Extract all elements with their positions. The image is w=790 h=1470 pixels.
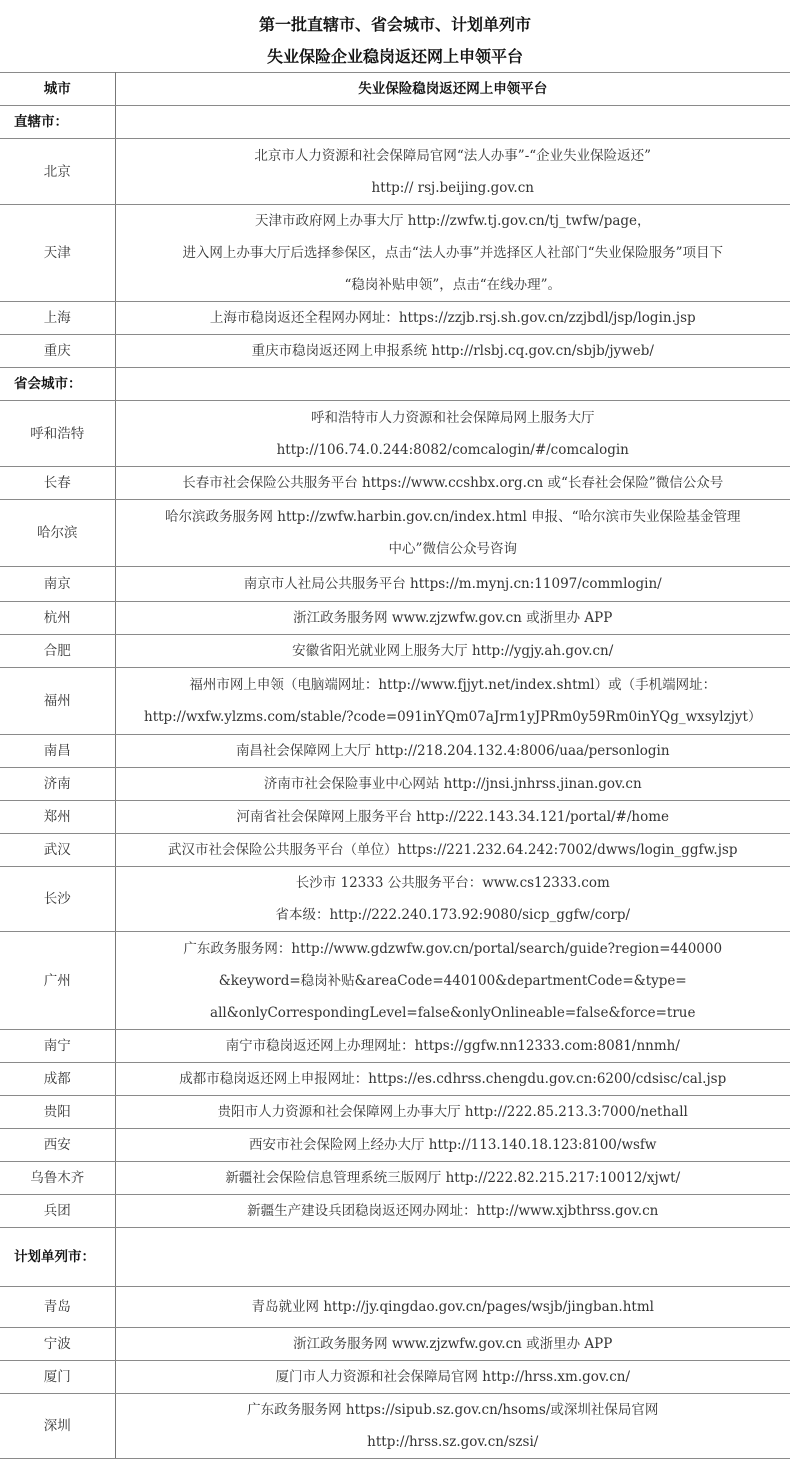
platform-line: 福州市网上申领（电脑端网址：http://www.fjjyt.net/index… bbox=[120, 669, 787, 701]
city-cell: 兵团 bbox=[0, 1195, 115, 1228]
section-label: 省会城市： bbox=[0, 368, 115, 401]
platform-line: 厦门市人力资源和社会保障局官网 http://hrss.xm.gov.cn/ bbox=[120, 1361, 787, 1393]
platform-line: 南宁市稳岗返还网上办理网址：https://ggfw.nn12333.com:8… bbox=[120, 1030, 787, 1062]
platform-cell bbox=[115, 368, 790, 401]
header-city: 城市 bbox=[0, 73, 115, 106]
platform-cell: 呼和浩特市人力资源和社会保障局网上服务大厅http://106.74.0.244… bbox=[115, 401, 790, 467]
table-row: 重庆重庆市稳岗返还网上申报系统 http://rlsbj.cq.gov.cn/s… bbox=[0, 335, 790, 368]
platform-line: 青岛就业网 http://jy.qingdao.gov.cn/pages/wsj… bbox=[120, 1291, 787, 1323]
platform-table: 城市 失业保险稳岗返还网上申领平台 直辖市：北京北京市人力资源和社会保障局官网“… bbox=[0, 72, 790, 1459]
table-row: 乌鲁木齐新疆社会保险信息管理系统三版网厅 http://222.82.215.2… bbox=[0, 1162, 790, 1195]
platform-cell: 南京市人社局公共服务平台 https://m.mynj.cn:11097/com… bbox=[115, 567, 790, 602]
section-row: 省会城市： bbox=[0, 368, 790, 401]
platform-cell: 浙江政务服务网 www.zjzwfw.gov.cn 或浙里办 APP bbox=[115, 602, 790, 635]
platform-line: 新疆社会保险信息管理系统三版网厅 http://222.82.215.217:1… bbox=[120, 1162, 787, 1194]
platform-cell: 上海市稳岗返还全程网办网址：https://zzjb.rsj.sh.gov.cn… bbox=[115, 302, 790, 335]
city-cell: 青岛 bbox=[0, 1287, 115, 1328]
platform-line: 浙江政务服务网 www.zjzwfw.gov.cn 或浙里办 APP bbox=[120, 602, 787, 634]
platform-line: 成都市稳岗返还网上申报网址：https://es.cdhrss.chengdu.… bbox=[120, 1063, 787, 1095]
table-row: 上海上海市稳岗返还全程网办网址：https://zzjb.rsj.sh.gov.… bbox=[0, 302, 790, 335]
platform-cell: 广东政务服务网：http://www.gdzwfw.gov.cn/portal/… bbox=[115, 932, 790, 1030]
platform-line: 哈尔滨政务服务网 http://zwfw.harbin.gov.cn/index… bbox=[120, 501, 787, 533]
document-title-line2: 失业保险企业稳岗返还网上申领平台 bbox=[0, 44, 790, 67]
city-cell: 长沙 bbox=[0, 867, 115, 932]
table-row: 合肥安徽省阳光就业网上服务大厅 http://ygjy.ah.gov.cn/ bbox=[0, 635, 790, 668]
platform-cell: 哈尔滨政务服务网 http://zwfw.harbin.gov.cn/index… bbox=[115, 500, 790, 567]
table-row: 郑州河南省社会保障网上服务平台 http://222.143.34.121/po… bbox=[0, 801, 790, 834]
table-row: 武汉武汉市社会保险公共服务平台（单位）https://221.232.64.24… bbox=[0, 834, 790, 867]
platform-line: 进入网上办事大厅后选择参保区，点击“法人办事”并选择区人社部门“失业保险服务”项… bbox=[120, 237, 787, 269]
document-title-line1: 第一批直辖市、省会城市、计划单列市 bbox=[0, 12, 790, 35]
platform-cell: 安徽省阳光就业网上服务大厅 http://ygjy.ah.gov.cn/ bbox=[115, 635, 790, 668]
city-cell: 乌鲁木齐 bbox=[0, 1162, 115, 1195]
platform-cell bbox=[115, 1228, 790, 1287]
city-cell: 南京 bbox=[0, 567, 115, 602]
platform-line: http://hrss.sz.gov.cn/szsi/ bbox=[120, 1426, 787, 1458]
platform-cell: 广东政务服务网 https://sipub.sz.gov.cn/hsoms/或深… bbox=[115, 1394, 790, 1459]
platform-line: 贵阳市人力资源和社会保障网上办事大厅 http://222.85.213.3:7… bbox=[120, 1096, 787, 1128]
platform-line: 长沙市 12333 公共服务平台：www.cs12333.com bbox=[120, 867, 787, 899]
platform-cell: 重庆市稳岗返还网上申报系统 http://rlsbj.cq.gov.cn/sbj… bbox=[115, 335, 790, 368]
table-row: 深圳广东政务服务网 https://sipub.sz.gov.cn/hsoms/… bbox=[0, 1394, 790, 1459]
city-cell: 南昌 bbox=[0, 735, 115, 768]
platform-cell: 新疆生产建设兵团稳岗返还网办网址：http://www.xjbthrss.gov… bbox=[115, 1195, 790, 1228]
city-cell: 合肥 bbox=[0, 635, 115, 668]
platform-cell: 长沙市 12333 公共服务平台：www.cs12333.com省本级：http… bbox=[115, 867, 790, 932]
table-row: 南宁南宁市稳岗返还网上办理网址：https://ggfw.nn12333.com… bbox=[0, 1030, 790, 1063]
platform-line: 省本级：http://222.240.173.92:9080/sicp_ggfw… bbox=[120, 899, 787, 931]
city-cell: 杭州 bbox=[0, 602, 115, 635]
platform-line: 济南市社会保险事业中心网站 http://jnsi.jnhrss.jinan.g… bbox=[120, 768, 787, 800]
city-cell: 哈尔滨 bbox=[0, 500, 115, 567]
section-label: 计划单列市： bbox=[0, 1228, 115, 1287]
platform-line: 新疆生产建设兵团稳岗返还网办网址：http://www.xjbthrss.gov… bbox=[120, 1195, 787, 1227]
platform-line: 广东政务服务网 https://sipub.sz.gov.cn/hsoms/或深… bbox=[120, 1394, 787, 1426]
table-row: 济南济南市社会保险事业中心网站 http://jnsi.jnhrss.jinan… bbox=[0, 768, 790, 801]
city-cell: 厦门 bbox=[0, 1361, 115, 1394]
table-row: 长春长春市社会保险公共服务平台 https://www.ccshbx.org.c… bbox=[0, 467, 790, 500]
table-row: 呼和浩特呼和浩特市人力资源和社会保障局网上服务大厅http://106.74.0… bbox=[0, 401, 790, 467]
table-row: 杭州浙江政务服务网 www.zjzwfw.gov.cn 或浙里办 APP bbox=[0, 602, 790, 635]
platform-cell: 福州市网上申领（电脑端网址：http://www.fjjyt.net/index… bbox=[115, 668, 790, 735]
city-cell: 长春 bbox=[0, 467, 115, 500]
platform-line: 北京市人力资源和社会保障局官网“法人办事”-“企业失业保险返还” bbox=[120, 140, 787, 172]
table-row: 贵阳贵阳市人力资源和社会保障网上办事大厅 http://222.85.213.3… bbox=[0, 1096, 790, 1129]
table-row: 北京北京市人力资源和社会保障局官网“法人办事”-“企业失业保险返还”http:/… bbox=[0, 139, 790, 205]
platform-line: 南京市人社局公共服务平台 https://m.mynj.cn:11097/com… bbox=[120, 568, 787, 600]
city-cell: 郑州 bbox=[0, 801, 115, 834]
platform-cell: 天津市政府网上办事大厅 http://zwfw.tj.gov.cn/tj_twf… bbox=[115, 205, 790, 302]
platform-cell bbox=[115, 106, 790, 139]
platform-line: 河南省社会保障网上服务平台 http://222.143.34.121/port… bbox=[120, 801, 787, 833]
city-cell: 武汉 bbox=[0, 834, 115, 867]
platform-line: http:// rsj.beijing.gov.cn bbox=[120, 172, 787, 204]
table-header-row: 城市 失业保险稳岗返还网上申领平台 bbox=[0, 73, 790, 106]
header-platform: 失业保险稳岗返还网上申领平台 bbox=[115, 73, 790, 106]
platform-line: “稳岗补贴申领”，点击“在线办理”。 bbox=[120, 269, 787, 301]
platform-cell: 济南市社会保险事业中心网站 http://jnsi.jnhrss.jinan.g… bbox=[115, 768, 790, 801]
city-cell: 上海 bbox=[0, 302, 115, 335]
table-row: 哈尔滨哈尔滨政务服务网 http://zwfw.harbin.gov.cn/in… bbox=[0, 500, 790, 567]
platform-cell: 青岛就业网 http://jy.qingdao.gov.cn/pages/wsj… bbox=[115, 1287, 790, 1328]
platform-cell: 西安市社会保险网上经办大厅 http://113.140.18.123:8100… bbox=[115, 1129, 790, 1162]
platform-line: 重庆市稳岗返还网上申报系统 http://rlsbj.cq.gov.cn/sbj… bbox=[120, 335, 787, 367]
table-row: 长沙长沙市 12333 公共服务平台：www.cs12333.com省本级：ht… bbox=[0, 867, 790, 932]
city-cell: 福州 bbox=[0, 668, 115, 735]
platform-line: 中心”微信公众号咨询 bbox=[120, 533, 787, 565]
platform-cell: 厦门市人力资源和社会保障局官网 http://hrss.xm.gov.cn/ bbox=[115, 1361, 790, 1394]
city-cell: 广州 bbox=[0, 932, 115, 1030]
table-row: 南京南京市人社局公共服务平台 https://m.mynj.cn:11097/c… bbox=[0, 567, 790, 602]
platform-line: 呼和浩特市人力资源和社会保障局网上服务大厅 bbox=[120, 402, 787, 434]
platform-line: 南昌社会保障网上大厅 http://218.204.132.4:8006/uaa… bbox=[120, 735, 787, 767]
city-cell: 呼和浩特 bbox=[0, 401, 115, 467]
table-row: 南昌南昌社会保障网上大厅 http://218.204.132.4:8006/u… bbox=[0, 735, 790, 768]
platform-cell: 长春市社会保险公共服务平台 https://www.ccshbx.org.cn … bbox=[115, 467, 790, 500]
city-cell: 宁波 bbox=[0, 1328, 115, 1361]
city-cell: 北京 bbox=[0, 139, 115, 205]
platform-cell: 南昌社会保障网上大厅 http://218.204.132.4:8006/uaa… bbox=[115, 735, 790, 768]
platform-cell: 成都市稳岗返还网上申报网址：https://es.cdhrss.chengdu.… bbox=[115, 1063, 790, 1096]
platform-line: http://wxfw.ylzms.com/stable/?code=091in… bbox=[120, 701, 787, 733]
platform-line: all&onlyCorrespondingLevel=false&onlyOnl… bbox=[120, 997, 787, 1029]
platform-line: 长春市社会保险公共服务平台 https://www.ccshbx.org.cn … bbox=[120, 467, 787, 499]
platform-cell: 武汉市社会保险公共服务平台（单位）https://221.232.64.242:… bbox=[115, 834, 790, 867]
city-cell: 贵阳 bbox=[0, 1096, 115, 1129]
platform-line: &keyword=稳岗补贴&areaCode=440100&department… bbox=[120, 965, 787, 997]
table-row: 青岛青岛就业网 http://jy.qingdao.gov.cn/pages/w… bbox=[0, 1287, 790, 1328]
table-row: 西安西安市社会保险网上经办大厅 http://113.140.18.123:81… bbox=[0, 1129, 790, 1162]
city-cell: 南宁 bbox=[0, 1030, 115, 1063]
platform-cell: 河南省社会保障网上服务平台 http://222.143.34.121/port… bbox=[115, 801, 790, 834]
platform-line: 武汉市社会保险公共服务平台（单位）https://221.232.64.242:… bbox=[120, 834, 787, 866]
table-row: 宁波浙江政务服务网 www.zjzwfw.gov.cn 或浙里办 APP bbox=[0, 1328, 790, 1361]
table-row: 兵团新疆生产建设兵团稳岗返还网办网址：http://www.xjbthrss.g… bbox=[0, 1195, 790, 1228]
city-cell: 重庆 bbox=[0, 335, 115, 368]
platform-cell: 北京市人力资源和社会保障局官网“法人办事”-“企业失业保险返还”http:// … bbox=[115, 139, 790, 205]
section-row: 直辖市： bbox=[0, 106, 790, 139]
platform-line: 安徽省阳光就业网上服务大厅 http://ygjy.ah.gov.cn/ bbox=[120, 635, 787, 667]
city-cell: 西安 bbox=[0, 1129, 115, 1162]
table-row: 广州广东政务服务网：http://www.gdzwfw.gov.cn/porta… bbox=[0, 932, 790, 1030]
table-row: 天津天津市政府网上办事大厅 http://zwfw.tj.gov.cn/tj_t… bbox=[0, 205, 790, 302]
table-row: 厦门厦门市人力资源和社会保障局官网 http://hrss.xm.gov.cn/ bbox=[0, 1361, 790, 1394]
section-row: 计划单列市： bbox=[0, 1228, 790, 1287]
section-label: 直辖市： bbox=[0, 106, 115, 139]
city-cell: 成都 bbox=[0, 1063, 115, 1096]
table-row: 福州福州市网上申领（电脑端网址：http://www.fjjyt.net/ind… bbox=[0, 668, 790, 735]
platform-line: 广东政务服务网：http://www.gdzwfw.gov.cn/portal/… bbox=[120, 933, 787, 965]
city-cell: 天津 bbox=[0, 205, 115, 302]
platform-line: http://106.74.0.244:8082/comcalogin/#/co… bbox=[120, 434, 787, 466]
platform-line: 天津市政府网上办事大厅 http://zwfw.tj.gov.cn/tj_twf… bbox=[120, 205, 787, 237]
platform-cell: 贵阳市人力资源和社会保障网上办事大厅 http://222.85.213.3:7… bbox=[115, 1096, 790, 1129]
platform-cell: 浙江政务服务网 www.zjzwfw.gov.cn 或浙里办 APP bbox=[115, 1328, 790, 1361]
platform-line: 西安市社会保险网上经办大厅 http://113.140.18.123:8100… bbox=[120, 1129, 787, 1161]
table-row: 成都成都市稳岗返还网上申报网址：https://es.cdhrss.chengd… bbox=[0, 1063, 790, 1096]
platform-table-body: 城市 失业保险稳岗返还网上申领平台 直辖市：北京北京市人力资源和社会保障局官网“… bbox=[0, 73, 790, 1459]
platform-cell: 南宁市稳岗返还网上办理网址：https://ggfw.nn12333.com:8… bbox=[115, 1030, 790, 1063]
platform-line: 浙江政务服务网 www.zjzwfw.gov.cn 或浙里办 APP bbox=[120, 1328, 787, 1360]
city-cell: 深圳 bbox=[0, 1394, 115, 1459]
city-cell: 济南 bbox=[0, 768, 115, 801]
platform-line: 上海市稳岗返还全程网办网址：https://zzjb.rsj.sh.gov.cn… bbox=[120, 302, 787, 334]
platform-cell: 新疆社会保险信息管理系统三版网厅 http://222.82.215.217:1… bbox=[115, 1162, 790, 1195]
